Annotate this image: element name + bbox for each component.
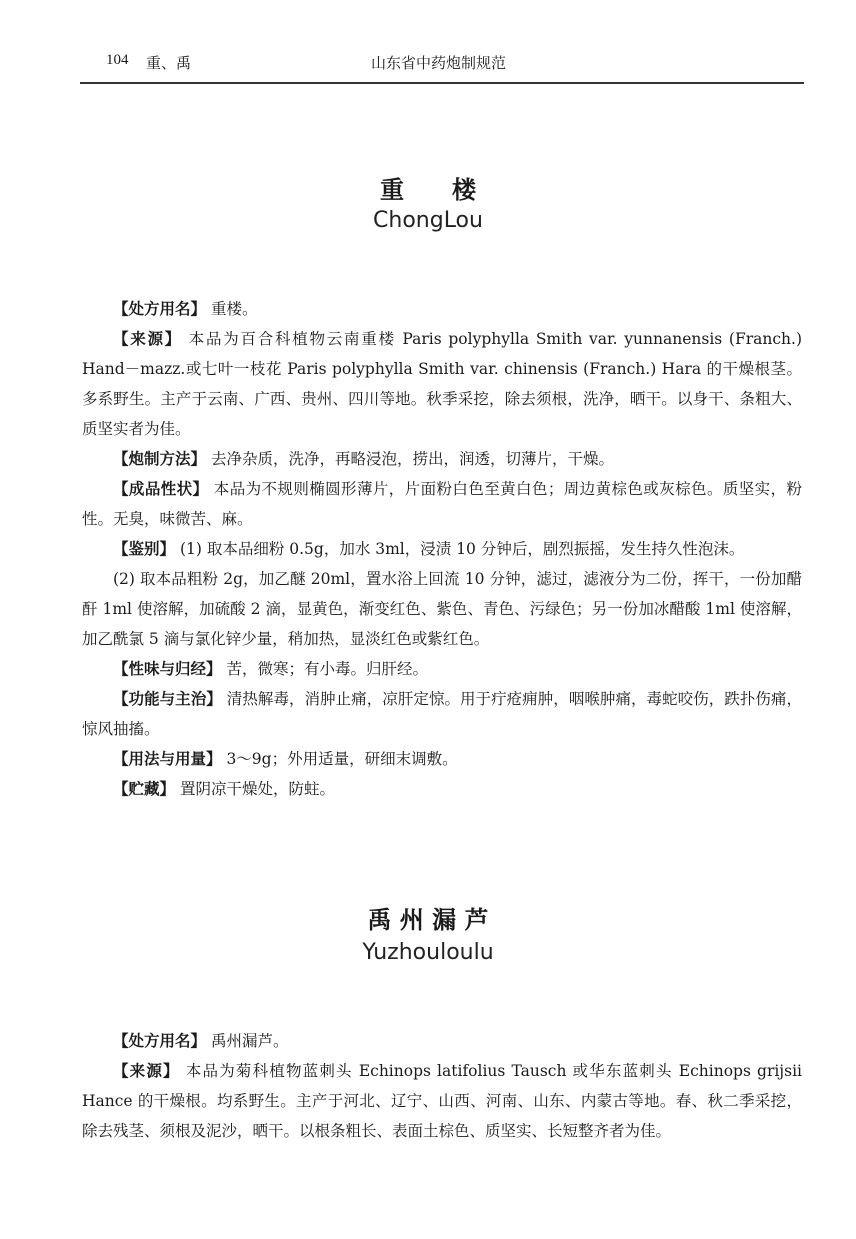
header-rule: [80, 82, 804, 84]
entry-body-chonglou: 【处方用名】 重楼。 【来源】 本品为百合科植物云南重楼 Paris polyp…: [82, 294, 802, 804]
paragraph: 【来源】 本品为百合科植物云南重楼 Paris polyphylla Smith…: [82, 324, 802, 444]
paragraph: 【鉴别】 (1) 取本品细粉 0.5g，加水 3ml，浸渍 10 分钟后，剧烈振…: [82, 534, 802, 564]
paragraph: 【成品性状】 本品为不规则椭圆形薄片，片面粉白色至黄白色；周边黄棕色或灰棕色。质…: [82, 474, 802, 534]
entry-body-yuzhouloulu: 【处方用名】 禹州漏芦。 【来源】 本品为菊科植物蓝刺头 Echinops la…: [82, 1026, 802, 1146]
paragraph: 【处方用名】 重楼。: [82, 294, 802, 324]
page-number: 104: [106, 52, 129, 69]
paragraph: 【来源】 本品为菊科植物蓝刺头 Echinops latifolius Taus…: [82, 1056, 802, 1146]
page-header: 104 重、禹 山东省中药炮制规范: [106, 52, 806, 76]
paragraph: 【用法与用量】 3～9g；外用适量，研细末调敷。: [82, 744, 802, 774]
book-title: 山东省中药炮制规范: [371, 52, 506, 73]
paragraph: 【处方用名】 禹州漏芦。: [82, 1026, 802, 1056]
paragraph: 【性味与归经】 苦，微寒；有小毒。归肝经。: [82, 654, 802, 684]
paragraph: 【贮藏】 置阴凉干燥处，防蛀。: [82, 774, 802, 804]
entry-pinyin-yuzhouloulu: Yuzhouloulu: [0, 940, 856, 965]
entry-pinyin-chonglou: ChongLou: [0, 208, 856, 233]
section-label: 重、禹: [146, 52, 191, 73]
entry-title-yuzhouloulu: 禹 州 漏 芦: [0, 900, 856, 935]
entry-title-chonglou: 重 楼: [0, 170, 856, 205]
paragraph: (2) 取本品粗粉 2g，加乙醚 20ml，置水浴上回流 10 分钟，滤过，滤液…: [82, 564, 802, 654]
paragraph: 【功能与主治】 清热解毒，消肿止痛，凉肝定惊。用于疔疮痈肿，咽喉肿痛，毒蛇咬伤，…: [82, 684, 802, 744]
paragraph: 【炮制方法】 去净杂质，洗净，再略浸泡，捞出，润透，切薄片，干燥。: [82, 444, 802, 474]
